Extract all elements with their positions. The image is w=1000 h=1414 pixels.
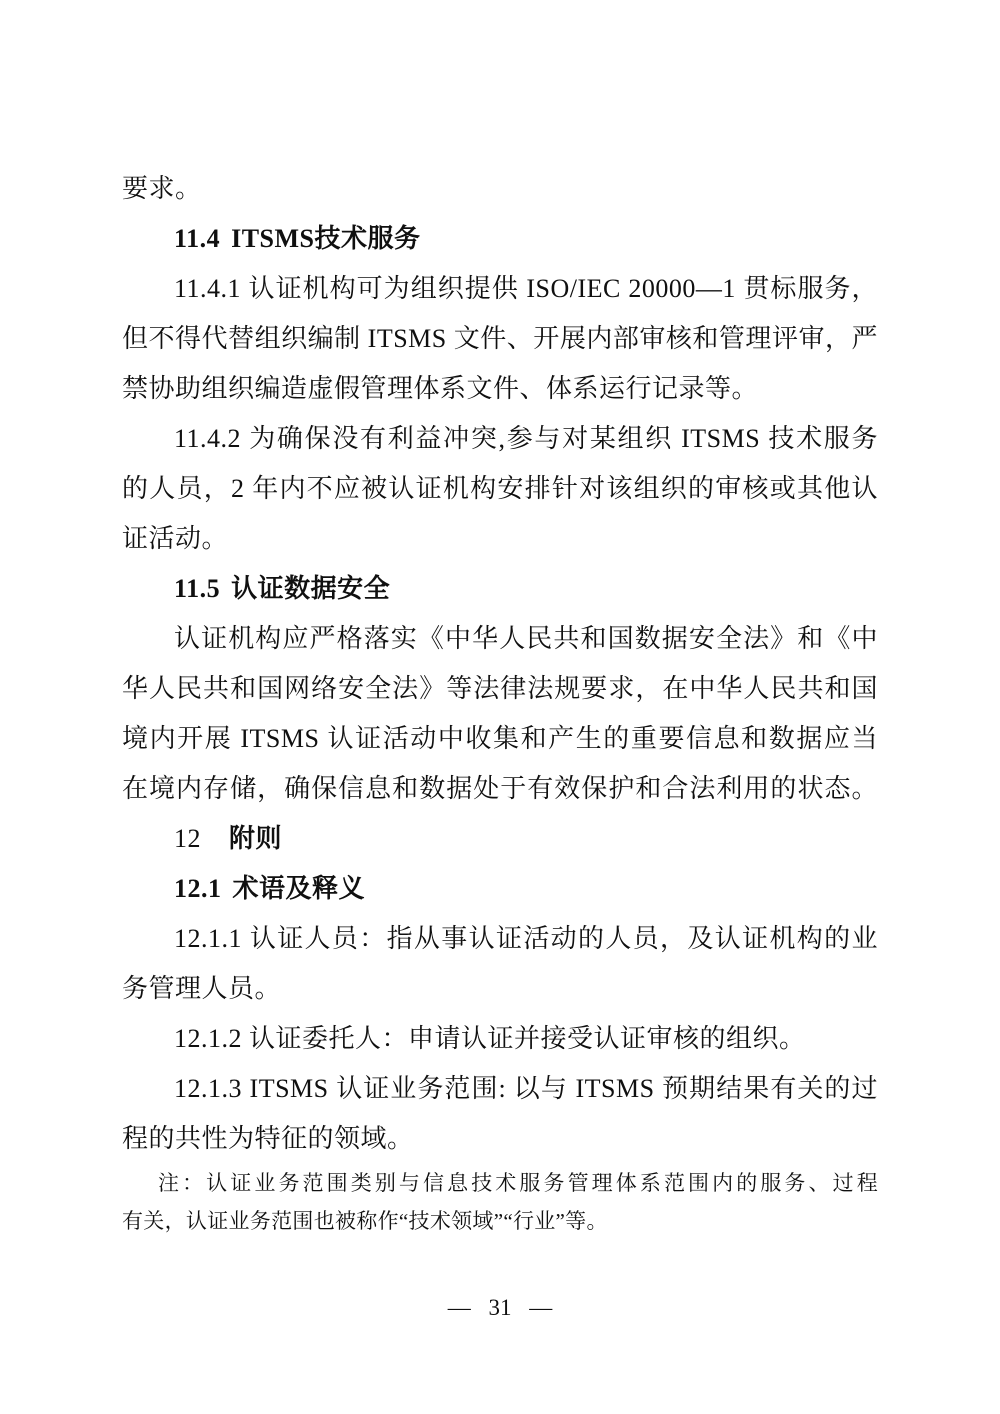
text-line: 12.1.3 ITSMS 认证业务范围: 以与 ITSMS 预期结果有关的过	[122, 1064, 878, 1114]
page-number: — 31 —	[448, 1295, 553, 1320]
section-heading-11.4: 11.4ITSMS技术服务	[122, 214, 878, 264]
text-line: 11.4.2 为确保没有利益冲突,参与对某组织 ITSMS 技术服务	[122, 414, 878, 464]
note-line: 注：认证业务范围类别与信息技术服务管理体系范围内的服务、过程	[122, 1164, 878, 1202]
text-line: 证活动。	[122, 514, 878, 564]
text-line: 在境内存储，确保信息和数据处于有效保护和合法利用的状态。	[122, 764, 878, 814]
section-heading-12: 12附则	[122, 814, 878, 864]
text-line: 华人民共和国网络安全法》等法律法规要求，在中华人民共和国	[122, 664, 878, 714]
heading-text: 认证数据安全	[231, 574, 390, 603]
document-page: 要求。11.4ITSMS技术服务11.4.1 认证机构可为组织提供 ISO/IE…	[0, 0, 1000, 1414]
page-footer: — 31 —	[0, 1291, 1000, 1325]
heading-text: ITSMS技术服务	[231, 224, 420, 253]
section-heading-12.1: 12.1术语及释义	[122, 864, 878, 914]
heading-number: 11.4	[174, 224, 220, 253]
text-line: 程的共性为特征的领域。	[122, 1114, 878, 1164]
text-line: 认证机构应严格落实《中华人民共和国数据安全法》和《中	[122, 614, 878, 664]
text-line: 务管理人员。	[122, 964, 878, 1014]
heading-number: 12.1	[174, 874, 222, 903]
heading-number: 11.5	[174, 574, 220, 603]
heading-number: 12	[174, 824, 201, 853]
text-line: 但不得代替组织编制 ITSMS 文件、开展内部审核和管理评审，严	[122, 314, 878, 364]
section-heading-11.5: 11.5认证数据安全	[122, 564, 878, 614]
text-line: 境内开展 ITSMS 认证活动中收集和产生的重要信息和数据应当	[122, 714, 878, 764]
text-line: 要求。	[122, 164, 878, 214]
text-line: 12.1.2 认证委托人：申请认证并接受认证审核的组织。	[122, 1014, 878, 1064]
note-line: 有关，认证业务范围也被称作“技术领域”“行业”等。	[122, 1202, 878, 1240]
text-line: 的人员，2 年内不应被认证机构安排针对该组织的审核或其他认	[122, 464, 878, 514]
text-line: 禁协助组织编造虚假管理体系文件、体系运行记录等。	[122, 364, 878, 414]
text-line: 12.1.1 认证人员：指从事认证活动的人员，及认证机构的业	[122, 914, 878, 964]
document-body: 要求。11.4ITSMS技术服务11.4.1 认证机构可为组织提供 ISO/IE…	[122, 164, 878, 1240]
heading-text: 术语及释义	[233, 874, 366, 903]
text-line: 11.4.1 认证机构可为组织提供 ISO/IEC 20000—1 贯标服务，	[122, 264, 878, 314]
heading-text: 附则	[229, 824, 282, 853]
